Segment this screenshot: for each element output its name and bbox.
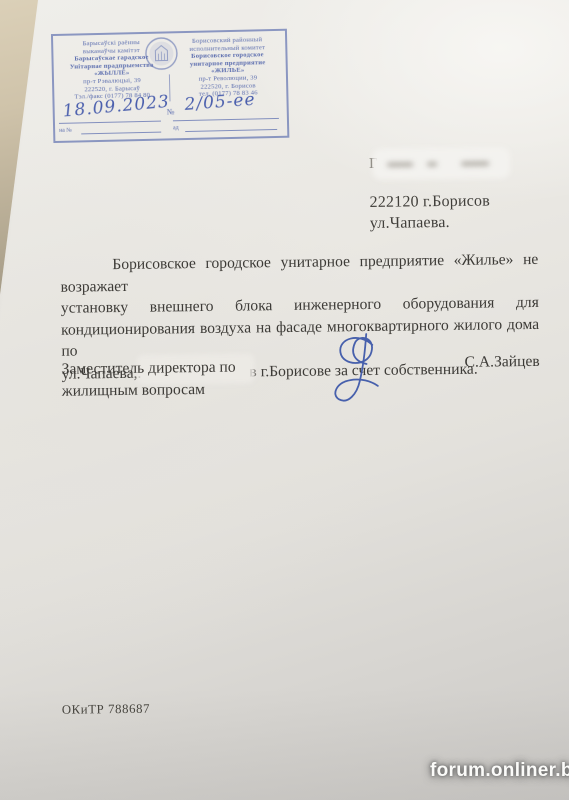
document-code: ОКиТР 788687	[62, 702, 151, 718]
recipient-street: ул.Чапаева.	[370, 211, 542, 234]
stamp-ref-label-right: ад	[173, 125, 179, 131]
handwritten-ref-number: 2/05-ее	[184, 90, 256, 115]
forum-watermark: forum.onliner.by	[430, 760, 569, 782]
stamp-right-column: Борисовский районный исполнительный коми…	[171, 36, 284, 99]
stamp-ref-label-left: на №	[59, 128, 72, 134]
number-sign-label: №	[167, 107, 175, 116]
signature-ink-icon	[317, 328, 408, 417]
stamp-left-column: Барысаўскі раённы выканаўчы камітэт Бары…	[55, 38, 168, 101]
redaction-smudge	[427, 162, 437, 166]
recipient-name-redacted: Г	[369, 152, 541, 176]
stamp-rule-line	[81, 132, 161, 135]
stamp-rule-line	[173, 118, 279, 121]
document-content: Барысаўскі раённы выканаўчы камітэт Бары…	[0, 0, 569, 800]
signer-position: Заместитель директора по жилищным вопрос…	[61, 357, 236, 403]
stamp-rule-line	[59, 121, 161, 124]
redaction-smudge	[387, 162, 413, 166]
signer-position-line-2: жилищным вопросам	[62, 379, 236, 403]
signer-name: С.А.Зайцев	[464, 353, 539, 372]
signer-position-line-1: Заместитель директора по	[61, 357, 235, 381]
redaction-smudge	[461, 161, 489, 165]
recipient-block: Г 222120 г.Борисов ул.Чапаева.	[369, 152, 542, 234]
letterhead-stamp: Барысаўскі раённы выканаўчы камітэт Бары…	[51, 29, 289, 143]
body-line-1: Борисовское городское унитарное предприя…	[60, 249, 538, 298]
stamp-rule-line	[185, 129, 277, 132]
recipient-postal-city: 222120 г.Борисов	[369, 190, 541, 213]
